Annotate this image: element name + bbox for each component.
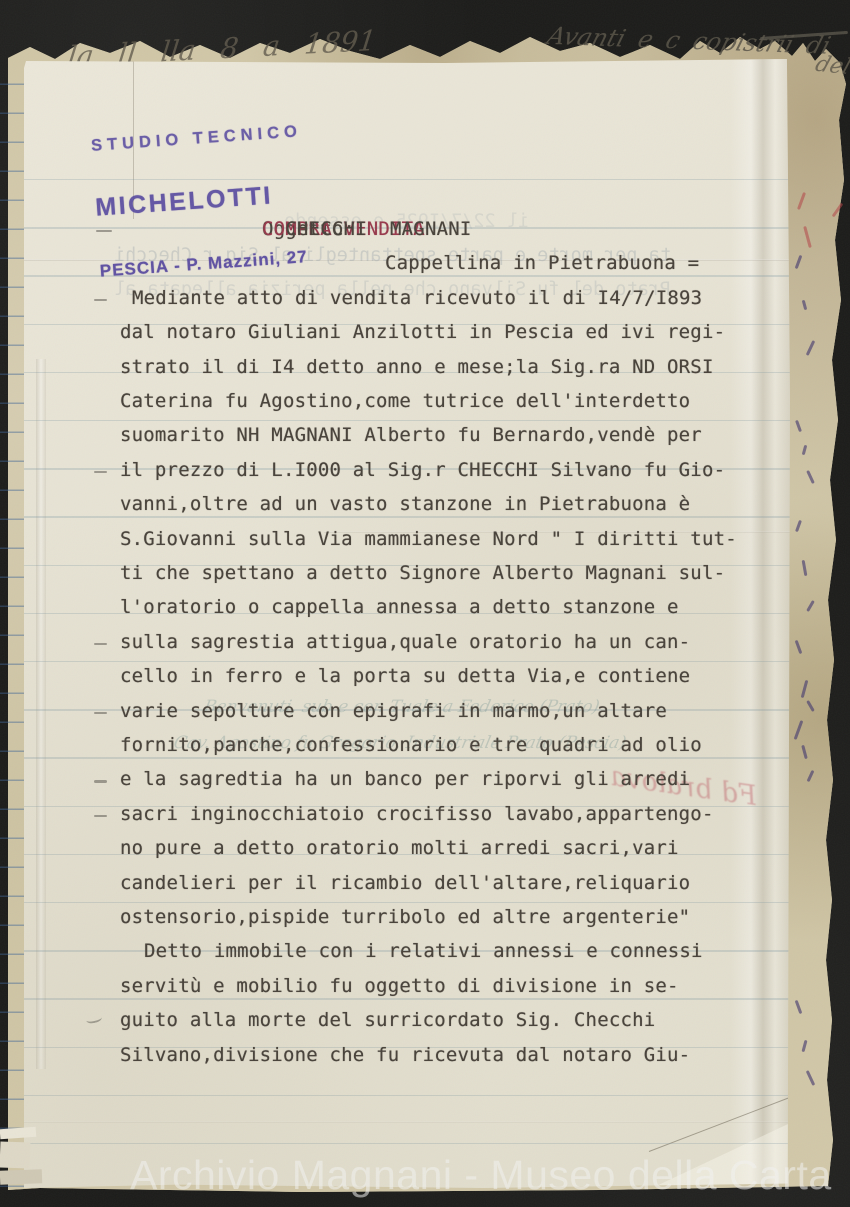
margin-dash [94, 780, 107, 782]
margin-dash [94, 471, 107, 473]
ruled-line [24, 420, 790, 421]
typed-line: fornito,panche,confessionario e tre quad… [120, 734, 702, 756]
ruled-line [24, 998, 790, 999]
stamp-line-address: PESCIA - P. Mazzini, 27 [99, 247, 311, 282]
ruled-line [24, 902, 790, 903]
stamp-line-michelotti: MICHELOTTI [94, 179, 307, 223]
typed-line: strato il di I4 detto anno e mese;la Sig… [120, 356, 714, 378]
typed-line: servitù e mobilio fu oggetto di division… [120, 975, 679, 997]
typed-line: sacri inginocchiatoio crocifisso lavabo,… [120, 803, 714, 825]
fold-crease [36, 359, 46, 1069]
typed-line: vanni,oltre ad un vasto stanzone in Piet… [120, 493, 690, 515]
stacked-page-corner [0, 1169, 42, 1184]
typed-line: Detto immobile con i relativi annessi e … [144, 940, 703, 962]
typed-line: dal notaro Giuliani Anzilotti in Pescia … [120, 321, 725, 343]
page-corner-crease [649, 1097, 789, 1152]
typed-line: il prezzo di L.I000 al Sig.r CHECCHI Sil… [120, 459, 725, 481]
typed-line: Silvano,divisione che fu ricevuta dal no… [120, 1044, 690, 1066]
archive-watermark: Archivio Magnani - Museo della Carta [130, 1152, 832, 1199]
typed-line: suomarito NH MAGNANI Alberto fu Bernardo… [120, 424, 702, 446]
rubber-stamp: STUDIO TECNICO MICHELOTTI PESCIA - P. Ma… [88, 86, 314, 317]
underlying-ruled-page-edge [0, 56, 25, 1188]
typed-line: sulla sagrestia attigua,quale oratorio h… [120, 631, 690, 653]
typed-line: cello in ferro e la porta su detta Via,e… [120, 665, 690, 687]
typed-line: candelieri per il ricambio dell'altare,r… [120, 872, 690, 894]
margin-dash [94, 643, 107, 645]
fold-crease [24, 1121, 790, 1123]
margin-dash [94, 815, 107, 817]
typed-line: e la sagredtia ha un banco per riporvi g… [120, 768, 690, 790]
subtitle-line: Cappellina in Pietrabuona = [385, 252, 699, 274]
typed-line: ti che spettano a detto Signore Alberto … [120, 562, 725, 584]
ruled-line [24, 516, 790, 517]
typed-line: varie sepolture con epigrafi in marmo,un… [120, 700, 667, 722]
fold-crease [730, 59, 790, 1188]
margin-pencil-mark [85, 1014, 102, 1025]
ruled-line [24, 757, 790, 758]
handwritten-scrap-right: del [812, 52, 850, 80]
typed-line: guito alla morte del surricordato Sig. C… [120, 1009, 655, 1031]
stamp-line-studio-tecnico: STUDIO TECNICO [91, 122, 303, 156]
ruled-line [24, 1143, 790, 1144]
margin-dash [94, 299, 107, 301]
subject-parties: CHECCHI MAGNANI [262, 218, 472, 240]
typewritten-sheet: STUDIO TECNICO MICHELOTTI PESCIA - P. Ma… [24, 59, 790, 1188]
typed-line: Mediante atto di vendita ricevuto il di … [132, 287, 702, 309]
typed-line: S.Giovanni sulla Via mammianese Nord " I… [120, 528, 737, 550]
typed-line: ostensorio,pispide turribolo ed altre ar… [120, 906, 690, 928]
scanned-document-photo: la ll lla 8 a 1891 Avanti e c copistrii … [0, 0, 850, 1207]
typed-line: l'oratorio o cappella annessa a detto st… [120, 596, 679, 618]
typed-line: no pure a detto oratorio molti arredi sa… [120, 837, 679, 859]
ruled-line [24, 661, 790, 662]
stacked-page-corner [0, 1141, 30, 1168]
margin-dash [94, 712, 107, 714]
typed-line: Caterina fu Agostino,come tutrice dell'i… [120, 390, 690, 412]
ruled-line [24, 1095, 790, 1096]
margin-dash [96, 230, 112, 232]
